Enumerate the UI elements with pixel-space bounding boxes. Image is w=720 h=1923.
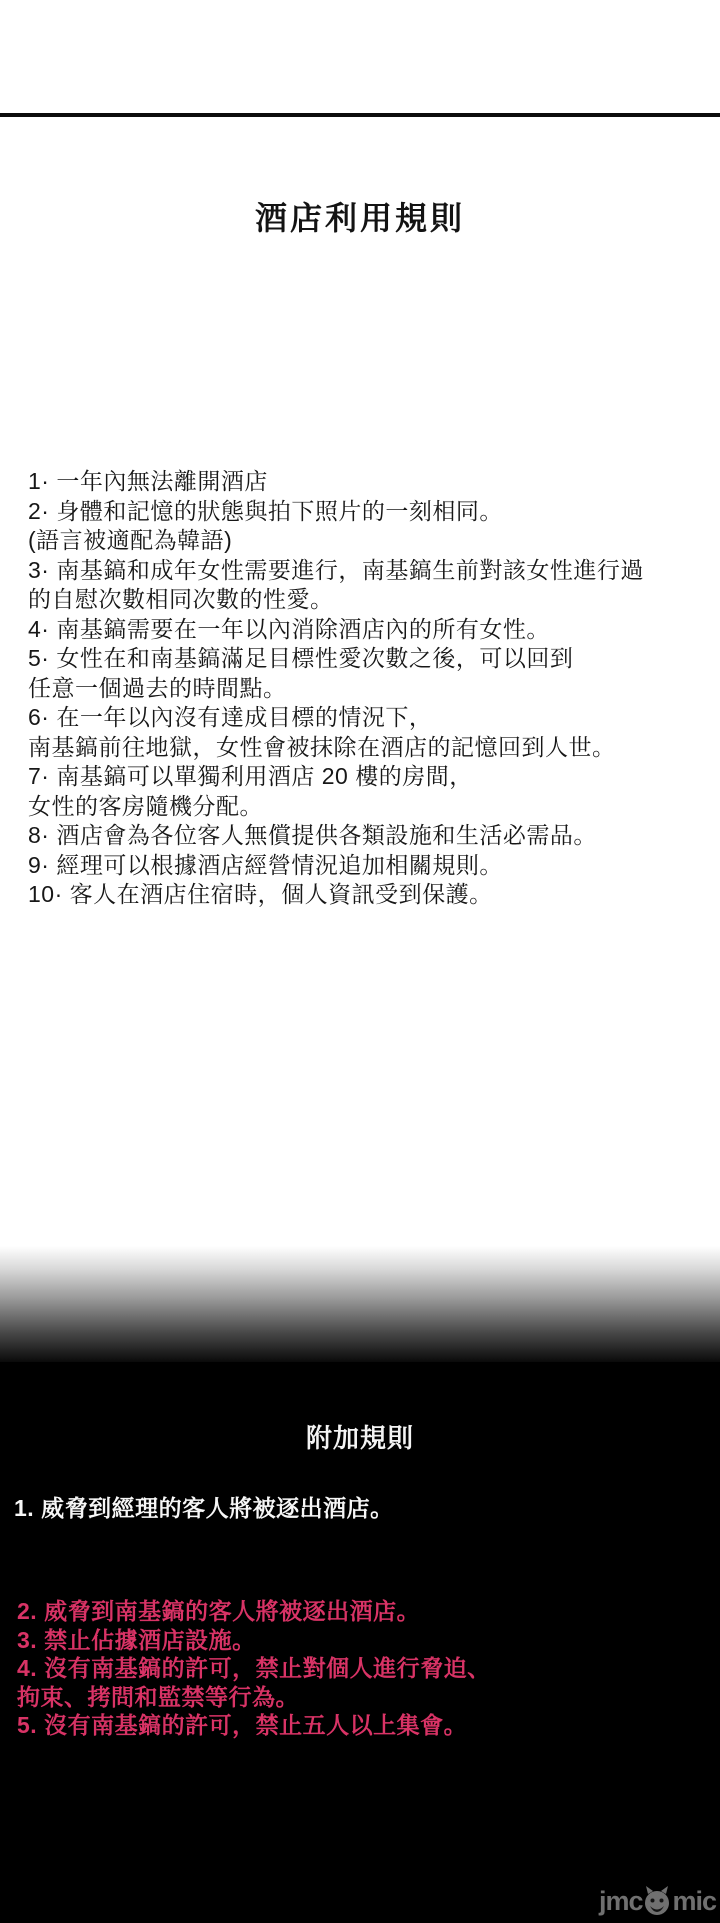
rule-line: 2· 身體和記憶的狀態與拍下照片的一刻相同。 — [28, 497, 700, 527]
rule-line: 7· 南基鎬可以單獨利用酒店 20 樓的房間， — [28, 762, 700, 792]
rule-line: 女性的客房隨機分配。 — [28, 792, 700, 822]
devil-face-icon — [643, 1885, 671, 1917]
rule-line: 南基鎬前往地獄，女性會被抹除在酒店的記憶回到人世。 — [28, 733, 700, 763]
rule-line: 4· 南基鎬需要在一年以內消除酒店內的所有女性。 — [28, 615, 700, 645]
pink-rule-line: 5. 沒有南基鎬的許可，禁止五人以上集會。 — [17, 1711, 707, 1740]
pink-rule-line: 拘束、拷問和監禁等行為。 — [17, 1683, 707, 1712]
rule-line: 5· 女性在和南基鎬滿足目標性愛次數之後，可以回到 — [28, 644, 700, 674]
rule-line: 1· 一年內無法離開酒店 — [28, 467, 700, 497]
top-divider-line — [0, 113, 720, 117]
rule-line: 10· 客人在酒店住宿時，個人資訊受到保護。 — [28, 880, 700, 910]
pink-rule-line: 3. 禁止佔據酒店設施。 — [17, 1626, 707, 1655]
page-title: 酒店利用規則 — [0, 193, 720, 239]
comic-rules-page: 酒店利用規則 1· 一年內無法離開酒店 2· 身體和記憶的狀態與拍下照片的一刻相… — [0, 0, 720, 1923]
additional-rules-pink-list: 2. 威脅到南基鎬的客人將被逐出酒店。 3. 禁止佔據酒店設施。 4. 沒有南基… — [17, 1597, 707, 1740]
rule-line: 8· 酒店會為各位客人無償提供各類設施和生活必需品。 — [28, 821, 700, 851]
watermark-suffix: mic — [672, 1884, 716, 1918]
watermark-prefix: jmc — [599, 1884, 643, 1918]
rule-line: (語言被適配為韓語) — [28, 526, 700, 556]
white-to-black-gradient — [0, 1246, 720, 1362]
rule-line: 的自慰次數相同次數的性愛。 — [28, 585, 700, 615]
watermark: jmc mic — [599, 1884, 716, 1918]
pink-rule-line: 4. 沒有南基鎬的許可，禁止對個人進行脅迫、 — [17, 1654, 707, 1683]
rule-line: 任意一個過去的時間點。 — [28, 674, 700, 704]
pink-rule-line: 2. 威脅到南基鎬的客人將被逐出酒店。 — [17, 1597, 707, 1626]
rule-line: 6· 在一年以內沒有達成目標的情況下， — [28, 703, 700, 733]
rule-line: 3· 南基鎬和成年女性需要進行，南基鎬生前對該女性進行過 — [28, 556, 700, 586]
additional-rule-white: 1. 威脅到經理的客人將被逐出酒店。 — [14, 1494, 704, 1523]
hotel-rules-panel: 酒店利用規則 1· 一年內無法離開酒店 2· 身體和記憶的狀態與拍下照片的一刻相… — [0, 0, 720, 1246]
rule-line: 9· 經理可以根據酒店經營情況追加相關規則。 — [28, 851, 700, 881]
additional-rules-title: 附加規則 — [0, 1418, 720, 1455]
hotel-rules-list: 1· 一年內無法離開酒店 2· 身體和記憶的狀態與拍下照片的一刻相同。 (語言被… — [28, 467, 700, 910]
